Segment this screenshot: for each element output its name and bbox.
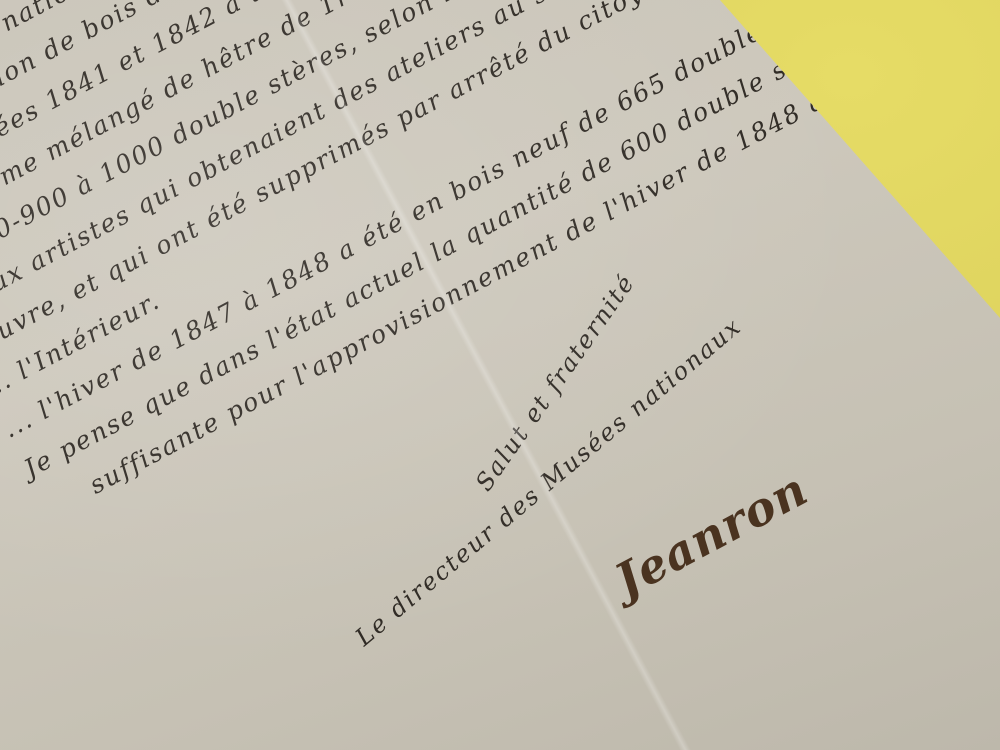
signature-title: Le directeur des Musées nationaux (350, 312, 747, 652)
signature: Jeanron (606, 462, 816, 608)
